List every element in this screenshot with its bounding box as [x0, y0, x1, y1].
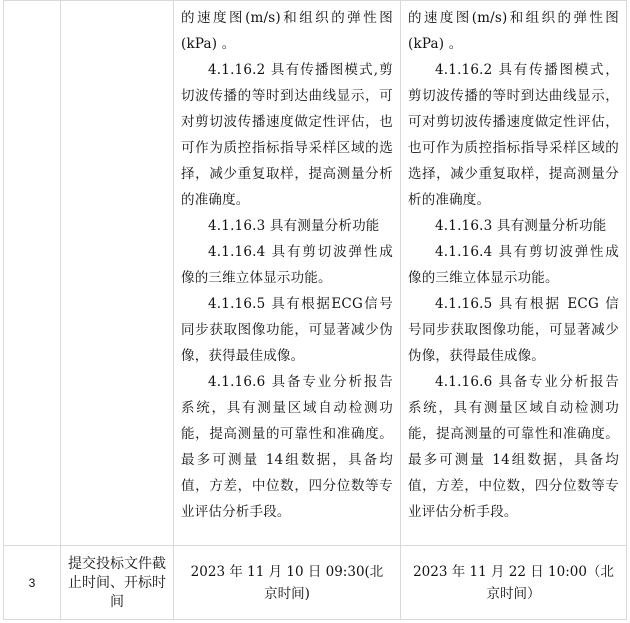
table-row-3: 3 提交投标文件截止时间、开标时间 2023 年 11 月 10 日 09:30…	[4, 546, 627, 620]
paragraph: 4.1.16.4 具有剪切波弹性成像的三维立体显示功能。	[181, 239, 393, 291]
revised-deadline-cell: 2023 年 11 月 22 日 10:00（北京时间）	[401, 546, 627, 620]
paragraph: 4.1.16.2 具有传播图模式，剪切波传播的等时到达曲线显示，可对剪切波传播速…	[408, 57, 619, 213]
item-name: 提交投标文件截止时间、开标时间	[61, 554, 173, 611]
index-cell	[4, 0, 61, 546]
paragraph: 4.1.16.3 具有测量分析功能	[408, 213, 619, 239]
original-content-cell: 的速度图(m/s)和组织的弹性图(kPa) 。 4.1.16.2 具有传播图模式…	[174, 0, 401, 546]
original-content: 的速度图(m/s)和组织的弹性图(kPa) 。 4.1.16.2 具有传播图模式…	[174, 0, 400, 525]
paragraph: 的速度图(m/s)和组织的弹性图(kPa) 。	[408, 5, 619, 57]
item-cell	[61, 0, 174, 546]
paragraph: 4.1.16.5 具有根据ECG信号同步获取图像功能，可显著减少伪像，获得最佳成…	[181, 291, 393, 369]
paragraph: 4.1.16.2 具有传播图模式,剪切波传播的等时到达曲线显示，可对剪切波传播速…	[181, 57, 393, 213]
paragraph: 4.1.16.6 具备专业分析报告系统，具有测量区域自动检测功能，提高测量的可靠…	[408, 369, 619, 525]
original-deadline: 2023 年 11 月 10 日 09:30(北京时间)	[174, 561, 400, 605]
paragraph: 4.1.16.6 具备专业分析报告系统，具有测量区域自动检测功能，提高测量的可靠…	[181, 369, 393, 525]
paragraph: 4.1.16.4 具有剪切波弹性成像的三维立体显示功能。	[408, 239, 619, 291]
item-name-cell: 提交投标文件截止时间、开标时间	[61, 546, 174, 620]
revised-deadline: 2023 年 11 月 22 日 10:00（北京时间）	[401, 561, 626, 605]
change-notice-table: 的速度图(m/s)和组织的弹性图(kPa) 。 4.1.16.2 具有传播图模式…	[3, 0, 627, 620]
paragraph: 4.1.16.5 具有根据 ECG 信号同步获取图像功能，可显著减少伪像，获得最…	[408, 291, 619, 369]
table-row-continued: 的速度图(m/s)和组织的弹性图(kPa) 。 4.1.16.2 具有传播图模式…	[4, 0, 627, 546]
revised-content-cell: 的速度图(m/s)和组织的弹性图(kPa) 。 4.1.16.2 具有传播图模式…	[401, 0, 627, 546]
original-deadline-cell: 2023 年 11 月 10 日 09:30(北京时间)	[174, 546, 401, 620]
row-index: 3	[4, 546, 61, 620]
paragraph: 4.1.16.3 具有测量分析功能	[181, 213, 393, 239]
revised-content: 的速度图(m/s)和组织的弹性图(kPa) 。 4.1.16.2 具有传播图模式…	[401, 0, 626, 525]
paragraph: 的速度图(m/s)和组织的弹性图(kPa) 。	[181, 5, 393, 57]
